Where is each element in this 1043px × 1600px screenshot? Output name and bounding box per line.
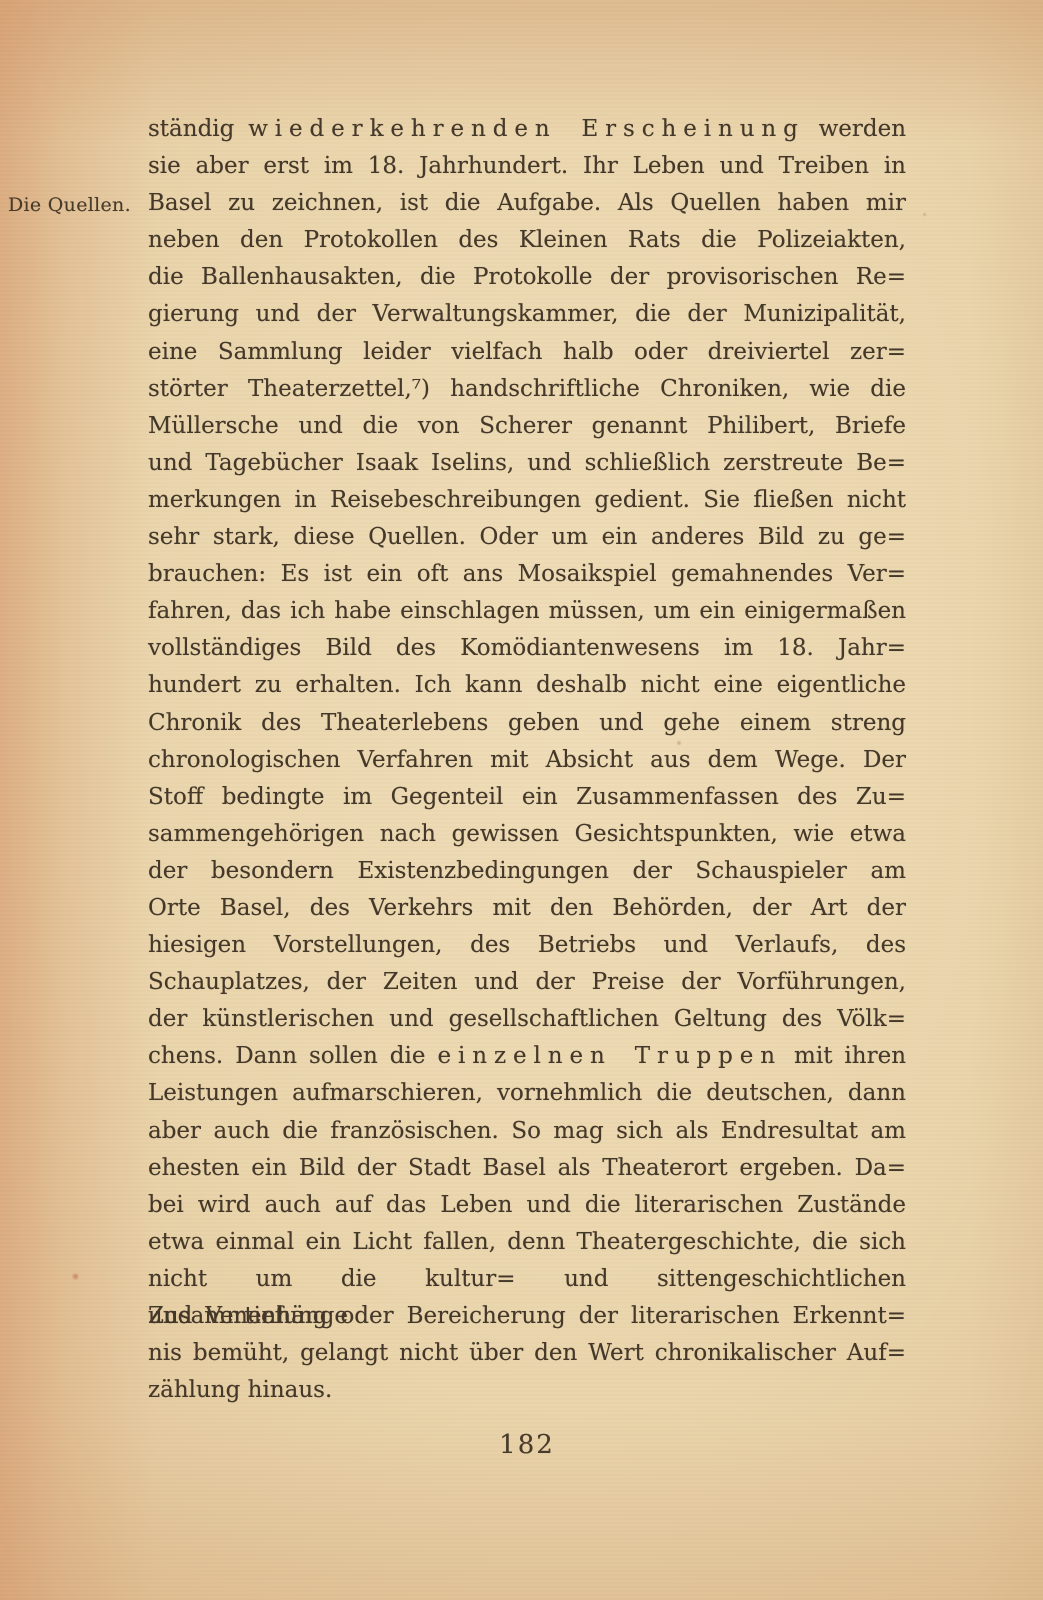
text-segment: merkungen in Reisebeschreibungen gedient… bbox=[148, 487, 906, 513]
book-page: Die Quellen. ständig wiederkehrenden Ers… bbox=[0, 0, 1043, 1600]
text-segment: neben den Protokollen des Kleinen Rats d… bbox=[148, 227, 906, 253]
text-segment: und Tagebücher Isaak Iselins, und schlie… bbox=[148, 450, 906, 476]
text-line: ständig wiederkehrenden Erscheinung werd… bbox=[148, 111, 906, 148]
text-segment: sehr stark, diese Quellen. Oder um ein a… bbox=[148, 524, 906, 550]
text-line: Stoff bedingte im Gegenteil ein Zusammen… bbox=[148, 779, 906, 816]
text-line: zählung hinaus. bbox=[148, 1372, 906, 1409]
text-line: und Tagebücher Isaak Iselins, und schlie… bbox=[148, 445, 906, 482]
text-line: fahren, das ich habe einschlagen müssen,… bbox=[148, 593, 906, 630]
text-segment: werden bbox=[805, 116, 906, 142]
text-line: brauchen: Es ist ein oft ans Mosaikspiel… bbox=[148, 556, 906, 593]
text-segment: die Ballenhausakten, die Protokolle der … bbox=[148, 264, 906, 290]
text-line: Schauplatzes, der Zeiten und der Preise … bbox=[148, 964, 906, 1001]
paper-speck bbox=[72, 1272, 79, 1281]
text-line: die Ballenhausakten, die Protokolle der … bbox=[148, 259, 906, 296]
text-line: nicht um die kultur= und sittengeschicht… bbox=[148, 1261, 906, 1298]
text-segment: ehesten ein Bild der Stadt Basel als The… bbox=[148, 1155, 906, 1181]
text-line: und Vertiefung oder Bereicherung der lit… bbox=[148, 1298, 906, 1335]
margin-note: Die Quellen. bbox=[8, 193, 146, 217]
text-segment: und Vertiefung oder Bereicherung der lit… bbox=[148, 1303, 906, 1329]
text-segment: chens. Dann sollen die bbox=[148, 1043, 437, 1069]
emphasized-text-segment: wiederkehrenden Erscheinung bbox=[248, 116, 805, 142]
text-line: ehesten ein Bild der Stadt Basel als The… bbox=[148, 1150, 906, 1187]
page-number: 182 bbox=[148, 1430, 906, 1460]
text-line: vollständiges Bild des Komödiantenwesens… bbox=[148, 630, 906, 667]
text-line: Chronik des Theaterlebens geben und gehe… bbox=[148, 705, 906, 742]
text-block: ständig wiederkehrenden Erscheinung werd… bbox=[148, 111, 906, 1409]
text-line: Leistungen aufmarschieren, vornehmlich d… bbox=[148, 1075, 906, 1112]
text-line: sammengehörigen nach gewissen Gesichtspu… bbox=[148, 816, 906, 853]
text-segment: eine Sammlung leider vielfach halb oder … bbox=[148, 339, 906, 365]
text-line: bei wird auch auf das Leben und die lite… bbox=[148, 1187, 906, 1224]
text-line: merkungen in Reisebeschreibungen gedient… bbox=[148, 482, 906, 519]
text-line: chronologischen Verfahren mit Absicht au… bbox=[148, 742, 906, 779]
text-segment: Basel zu zeichnen, ist die Aufgabe. Als … bbox=[148, 190, 906, 216]
text-line: sie aber erst im 18. Jahrhundert. Ihr Le… bbox=[148, 148, 906, 185]
text-segment: Chronik des Theaterlebens geben und gehe… bbox=[148, 710, 906, 736]
text-segment: störter Theaterzettel,⁷) handschriftlich… bbox=[148, 376, 906, 402]
text-line: der besondern Existenzbedingungen der Sc… bbox=[148, 853, 906, 890]
text-line: der künstlerischen und gesellschaftliche… bbox=[148, 1001, 906, 1038]
text-segment: Orte Basel, des Verkehrs mit den Behörde… bbox=[148, 895, 906, 921]
text-segment: Schauplatzes, der Zeiten und der Preise … bbox=[148, 969, 906, 995]
text-segment: Müllersche und die von Scherer genannt P… bbox=[148, 413, 906, 439]
text-segment: hiesigen Vorstellungen, des Betriebs und… bbox=[148, 932, 906, 958]
text-line: etwa einmal ein Licht fallen, denn Theat… bbox=[148, 1224, 906, 1261]
text-segment: hundert zu erhalten. Ich kann deshalb ni… bbox=[148, 672, 906, 698]
text-segment: der künstlerischen und gesellschaftliche… bbox=[148, 1006, 906, 1032]
text-segment: gierung und der Verwaltungskammer, die d… bbox=[148, 301, 906, 327]
emphasized-text-segment: einzelnen Truppen bbox=[437, 1043, 782, 1069]
text-line: neben den Protokollen des Kleinen Rats d… bbox=[148, 222, 906, 259]
text-segment: sammengehörigen nach gewissen Gesichtspu… bbox=[148, 821, 906, 847]
text-line: sehr stark, diese Quellen. Oder um ein a… bbox=[148, 519, 906, 556]
text-segment: der besondern Existenzbedingungen der Sc… bbox=[148, 858, 906, 884]
text-segment: Leistungen aufmarschieren, vornehmlich d… bbox=[148, 1080, 906, 1106]
text-line: gierung und der Verwaltungskammer, die d… bbox=[148, 296, 906, 333]
text-line: hundert zu erhalten. Ich kann deshalb ni… bbox=[148, 667, 906, 704]
text-segment: nis bemüht, gelangt nicht über den Wert … bbox=[148, 1340, 906, 1366]
text-segment: vollständiges Bild des Komödiantenwesens… bbox=[148, 635, 906, 661]
text-line: chens. Dann sollen die einzelnen Truppen… bbox=[148, 1038, 906, 1075]
text-segment: ständig bbox=[148, 116, 248, 142]
text-segment: mit ihren bbox=[782, 1043, 906, 1069]
text-segment: etwa einmal ein Licht fallen, denn Theat… bbox=[148, 1229, 906, 1255]
text-line: hiesigen Vorstellungen, des Betriebs und… bbox=[148, 927, 906, 964]
text-line: störter Theaterzettel,⁷) handschriftlich… bbox=[148, 371, 906, 408]
text-segment: Stoff bedingte im Gegenteil ein Zusammen… bbox=[148, 784, 906, 810]
text-segment: aber auch die französischen. So mag sich… bbox=[148, 1118, 906, 1144]
text-segment: sie aber erst im 18. Jahrhundert. Ihr Le… bbox=[148, 153, 906, 179]
text-line: nis bemüht, gelangt nicht über den Wert … bbox=[148, 1335, 906, 1372]
text-line: eine Sammlung leider vielfach halb oder … bbox=[148, 334, 906, 371]
text-segment: brauchen: Es ist ein oft ans Mosaikspiel… bbox=[148, 561, 906, 587]
text-line: Orte Basel, des Verkehrs mit den Behörde… bbox=[148, 890, 906, 927]
text-segment: bei wird auch auf das Leben und die lite… bbox=[148, 1192, 906, 1218]
text-line: Basel zu zeichnen, ist die Aufgabe. Als … bbox=[148, 185, 906, 222]
text-line: Müllersche und die von Scherer genannt P… bbox=[148, 408, 906, 445]
paper-speck bbox=[922, 212, 927, 217]
text-line: aber auch die französischen. So mag sich… bbox=[148, 1113, 906, 1150]
text-segment: chronologischen Verfahren mit Absicht au… bbox=[148, 747, 906, 773]
text-segment: fahren, das ich habe einschlagen müssen,… bbox=[148, 598, 906, 624]
text-segment: zählung hinaus. bbox=[148, 1377, 332, 1403]
